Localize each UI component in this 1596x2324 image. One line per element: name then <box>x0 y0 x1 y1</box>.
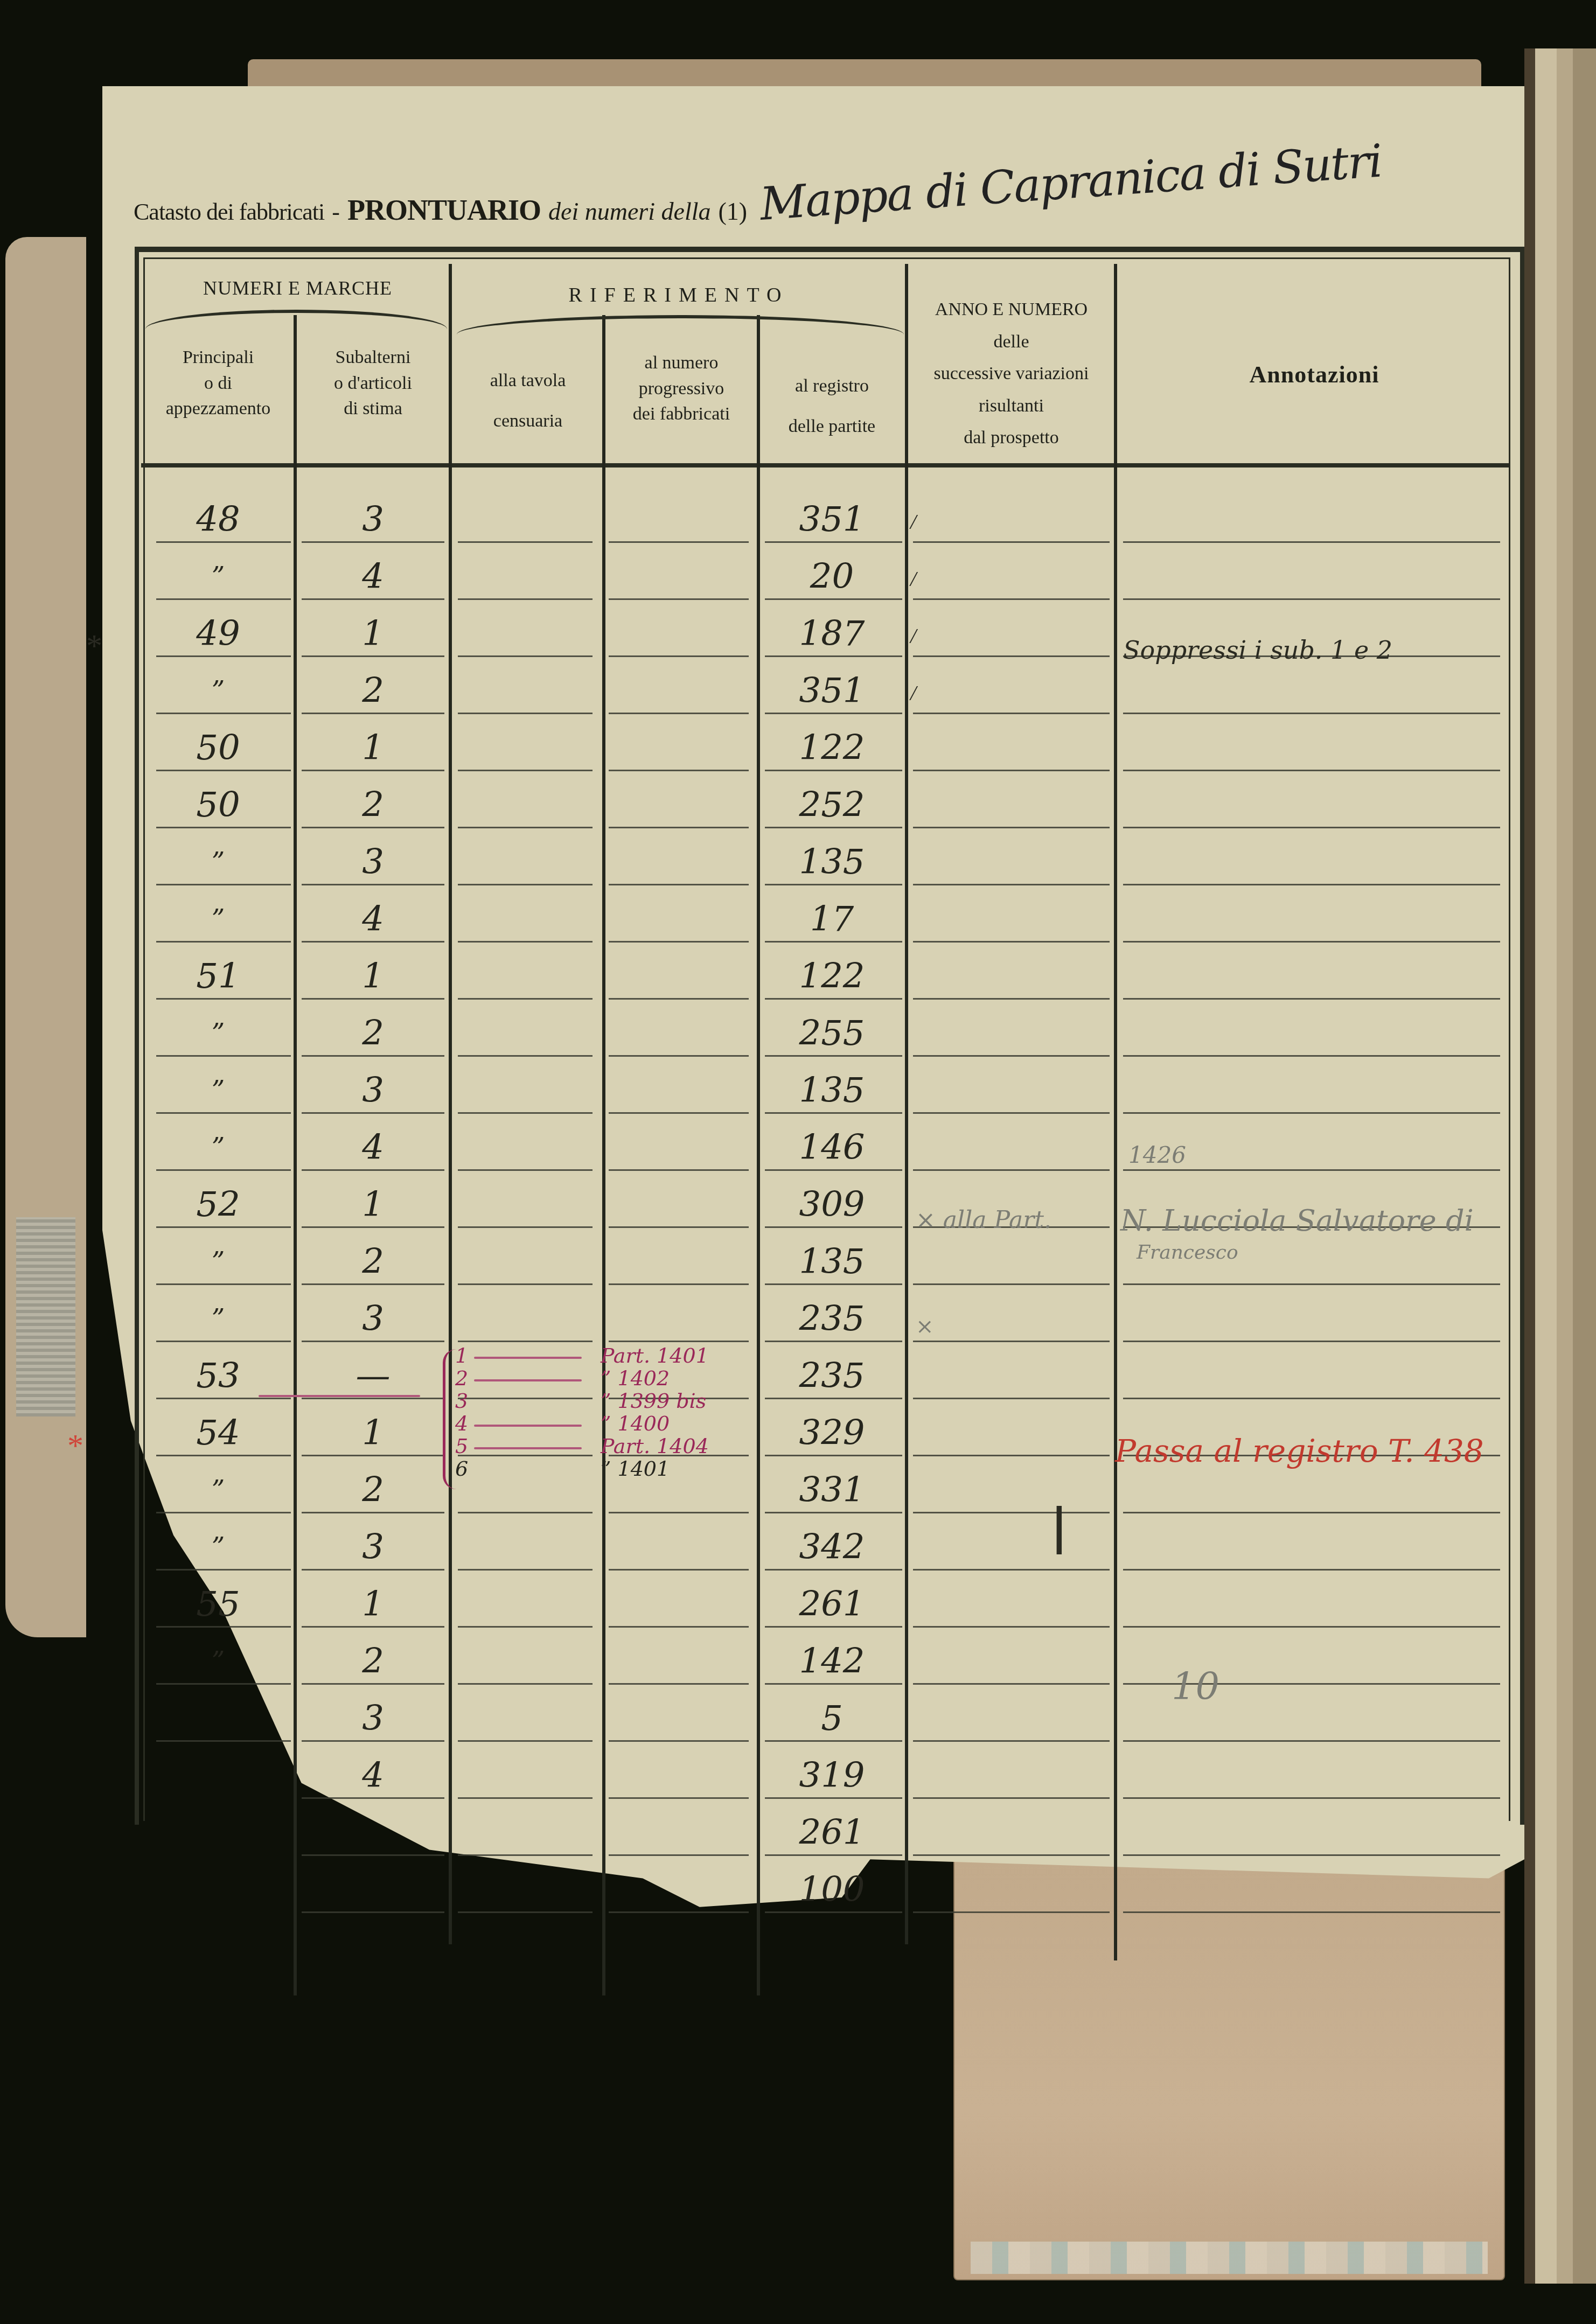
subdivision-partita-ref: ” 1401 <box>601 1457 670 1481</box>
col-divider-2 <box>449 264 452 1944</box>
row-rule <box>913 1055 1110 1057</box>
row-rule <box>609 713 749 714</box>
row-rule <box>913 655 1110 657</box>
cell-partita: 235 <box>761 1300 903 1338</box>
row-rule <box>765 1112 902 1114</box>
row-rule <box>609 770 749 771</box>
row-rule <box>458 1626 593 1628</box>
row-rule <box>765 541 902 543</box>
row-rule <box>765 713 902 714</box>
cell-principale: ” <box>145 1471 291 1509</box>
annotation-lucciola: N. Lucciola Salvatore di <box>1120 1204 1474 1238</box>
row-rule <box>765 941 902 943</box>
cell-partita: 142 <box>761 1643 903 1680</box>
row-rule <box>609 1226 749 1228</box>
row-rule <box>458 1169 593 1171</box>
row-rule <box>1123 541 1500 543</box>
cell-subalterno: 4 <box>299 558 447 596</box>
header-anno-e-numero: ANNO E NUMERO delle successive variazion… <box>910 294 1112 454</box>
cell-partita: 122 <box>761 729 903 767</box>
row-rule <box>458 1398 593 1399</box>
row-rule <box>1123 1398 1500 1399</box>
subdivision-partita-ref: ” 1400 <box>601 1412 670 1435</box>
row-rule <box>609 1911 749 1913</box>
cell-principale: 49 <box>145 615 291 653</box>
row-rule <box>913 1512 1110 1513</box>
cell-principale: 48 <box>145 501 291 539</box>
col-divider-4 <box>757 315 760 1995</box>
row-rule <box>302 1797 444 1799</box>
row-rule <box>609 1283 749 1285</box>
cell-subalterno: 4 <box>299 1129 447 1167</box>
row-rule <box>609 1341 749 1342</box>
row-rule <box>156 1512 291 1513</box>
col-divider-1 <box>294 315 297 1995</box>
row-rule <box>302 1169 444 1171</box>
row-rule <box>156 1455 291 1456</box>
row-rule <box>458 941 593 943</box>
cell-principale: 53 <box>145 1357 291 1395</box>
annotation-49: Soppressi i sub. 1 e 2 <box>1123 636 1392 665</box>
cell-principale: 55 <box>145 1586 291 1623</box>
subdivision-partita-ref: Part. 1401 <box>601 1344 709 1367</box>
cell-partita: 309 <box>761 1186 903 1224</box>
asterisk-marker-49: * <box>86 627 102 665</box>
row-rule <box>609 1512 749 1513</box>
row-rule <box>302 1740 444 1742</box>
row-rule <box>765 1398 902 1399</box>
subdivision-sub-number: 2 <box>455 1366 468 1390</box>
cell-principale: ” <box>145 1529 291 1566</box>
row-rule <box>156 827 291 828</box>
row-rule <box>765 1226 902 1228</box>
cell-principale: ” <box>145 558 291 596</box>
row-rule <box>913 1569 1110 1571</box>
cell-principale: 51 <box>145 958 291 995</box>
row-rule <box>156 1283 291 1285</box>
row-rule <box>302 884 444 885</box>
row-rule <box>458 1683 593 1685</box>
cell-partita: 331 <box>761 1471 903 1509</box>
cell-partita: 135 <box>761 1072 903 1109</box>
row-rule <box>913 541 1110 543</box>
page-title: Catasto dei fabbricati - PRONTUARIO dei … <box>134 178 1383 226</box>
row-rule <box>1123 1911 1500 1913</box>
header-riferimento: RIFERIMENTO <box>455 281 902 310</box>
row-rule <box>1123 1169 1500 1171</box>
subdivision-partita-ref: ” 1399 bis <box>601 1389 706 1413</box>
row-rule <box>458 1512 593 1513</box>
row-rule <box>302 598 444 600</box>
row-rule <box>458 1226 593 1228</box>
row-rule <box>765 1911 902 1913</box>
row-rule <box>156 1683 291 1685</box>
row-rule <box>609 655 749 657</box>
annotation-1426: 1426 <box>1128 1142 1186 1168</box>
cell-subalterno: 3 <box>299 843 447 881</box>
row-rule <box>302 1283 444 1285</box>
row-rule <box>609 598 749 600</box>
row-rule <box>156 941 291 943</box>
row-rule <box>609 827 749 828</box>
row-rule <box>765 1283 902 1285</box>
cell-principale: ” <box>145 901 291 938</box>
row-rule <box>302 1911 444 1913</box>
row-rule <box>765 1055 902 1057</box>
row-rule <box>609 1740 749 1742</box>
row-rule <box>458 598 593 600</box>
row-rule <box>458 1911 593 1913</box>
row-rule <box>913 598 1110 600</box>
col-divider-5 <box>905 264 908 1944</box>
cell-partita: 135 <box>761 1243 903 1281</box>
row-rule <box>1123 827 1500 828</box>
row-rule <box>302 1341 444 1342</box>
row-rule <box>302 713 444 714</box>
cell-subalterno: 2 <box>299 1643 447 1680</box>
row-rule <box>302 1398 444 1399</box>
row-rule <box>156 770 291 771</box>
row-rule <box>765 1626 902 1628</box>
row-rule <box>1123 598 1500 600</box>
cell-principale: ” <box>145 1072 291 1109</box>
row-rule <box>1123 884 1500 885</box>
cell-principale: ” <box>145 1243 291 1281</box>
row-rule <box>302 1226 444 1228</box>
cell-subalterno: 1 <box>299 1414 447 1452</box>
row-rule <box>609 1112 749 1114</box>
row-rule <box>1123 1797 1500 1799</box>
cardboard-cover-bottom <box>953 1858 1505 2280</box>
col-divider-3 <box>602 315 605 1995</box>
row-rule <box>913 1797 1110 1799</box>
col-divider-6 <box>1114 264 1117 1960</box>
header-annotazioni: Annotazioni <box>1120 358 1508 392</box>
row-rule <box>765 598 902 600</box>
variation-tick: / <box>910 566 916 591</box>
row-rule <box>458 1740 593 1742</box>
title-prefix: Catasto dei fabbricati <box>134 198 324 226</box>
row-rule <box>765 998 902 1000</box>
cell-subalterno: 2 <box>299 1015 447 1052</box>
stacked-pages-edge <box>1524 48 1596 2284</box>
row-rule <box>1123 713 1500 714</box>
cell-partita: 351 <box>761 672 903 710</box>
row-rule <box>458 1854 593 1856</box>
annotation-francesco: Francesco <box>1137 1241 1238 1264</box>
row-rule <box>609 1797 749 1799</box>
row-rule <box>913 770 1110 771</box>
cell-subalterno: 3 <box>299 1700 447 1737</box>
title-note-ref: (1) <box>718 197 747 226</box>
row-rule <box>156 713 291 714</box>
row-rule <box>156 1341 291 1342</box>
row-rule <box>1123 1283 1500 1285</box>
cell-partita: 20 <box>761 558 903 596</box>
row-rule <box>302 1626 444 1628</box>
row-rule <box>609 884 749 885</box>
subdivision-sub-number: 3 <box>455 1389 468 1413</box>
row-rule <box>609 1055 749 1057</box>
subdivision-sub-number: 4 <box>455 1412 468 1435</box>
row-rule <box>302 1569 444 1571</box>
cell-partita: 261 <box>761 1586 903 1623</box>
cell-subalterno: 2 <box>299 786 447 824</box>
row-rule <box>156 884 291 885</box>
subdivision-sub-number: 6 <box>455 1457 468 1481</box>
cell-subalterno: 1 <box>299 958 447 995</box>
cell-partita: 146 <box>761 1129 903 1167</box>
row-rule <box>765 1854 902 1856</box>
row-rule <box>1123 1569 1500 1571</box>
row-rule <box>302 1055 444 1057</box>
header-numeri-e-marche: NUMERI E MARCHE <box>151 275 444 302</box>
row-rule <box>765 770 902 771</box>
title-separator: - <box>332 198 340 226</box>
row-rule <box>765 1740 902 1742</box>
cell-principale: 50 <box>145 729 291 767</box>
header-rule <box>141 463 1509 467</box>
cell-partita: 187 <box>761 615 903 653</box>
variation-bar: | <box>1050 1497 1068 1554</box>
row-rule <box>913 1169 1110 1171</box>
cell-partita: 319 <box>761 1757 903 1795</box>
bracket-53 <box>443 1349 456 1489</box>
row-rule <box>458 770 593 771</box>
row-rule <box>156 598 291 600</box>
row-rule <box>302 1455 444 1456</box>
row-rule <box>913 1283 1110 1285</box>
cell-principale: ” <box>145 1300 291 1338</box>
row-rule <box>458 1455 593 1456</box>
row-rule <box>913 1455 1110 1456</box>
cell-partita: 252 <box>761 786 903 824</box>
cell-partita: 255 <box>761 1015 903 1052</box>
header-tavola-censuaria: alla tavola censuaria <box>455 361 601 442</box>
subdivision-dash <box>474 1425 582 1427</box>
row-rule <box>302 998 444 1000</box>
cell-subalterno: 3 <box>299 1072 447 1109</box>
row-rule <box>765 1797 902 1799</box>
subdivision-sub-number: 1 <box>455 1344 468 1367</box>
cell-principale: ” <box>145 672 291 710</box>
row-rule <box>156 1626 291 1628</box>
title-italic: dei numeri della <box>548 197 711 226</box>
cell-partita: 261 <box>761 1814 903 1852</box>
row-rule <box>1123 1740 1500 1742</box>
row-rule <box>913 827 1110 828</box>
row-rule <box>156 1112 291 1114</box>
row-rule <box>765 1569 902 1571</box>
row-rule <box>458 1283 593 1285</box>
header-registro-partite: al registro delle partite <box>761 366 903 447</box>
row-rule <box>156 1740 291 1742</box>
row-rule <box>156 1055 291 1057</box>
cell-principale: 54 <box>145 1414 291 1452</box>
row-rule <box>913 1683 1110 1685</box>
row-rule <box>765 655 902 657</box>
row-rule <box>609 998 749 1000</box>
cell-subalterno: 1 <box>299 1586 447 1623</box>
row-rule <box>913 1626 1110 1628</box>
row-rule <box>1123 770 1500 771</box>
row-rule <box>913 1341 1110 1342</box>
row-rule <box>156 1226 291 1228</box>
row-rule <box>302 1512 444 1513</box>
row-rule <box>1123 1055 1500 1057</box>
row-rule <box>156 655 291 657</box>
row-rule <box>765 884 902 885</box>
row-rule <box>458 713 593 714</box>
cell-subalterno: 1 <box>299 1186 447 1224</box>
cell-subalterno: 2 <box>299 1471 447 1509</box>
row-rule <box>609 1169 749 1171</box>
subdivision-partita-ref: Part. 1404 <box>601 1434 709 1458</box>
row-rule <box>913 998 1110 1000</box>
cell-subalterno: 1 <box>299 729 447 767</box>
row-rule <box>765 1512 902 1513</box>
subdivision-dash <box>474 1357 582 1359</box>
row-rule <box>765 1341 902 1342</box>
row-rule <box>913 1740 1110 1742</box>
row-rule <box>1123 1854 1500 1856</box>
variation-x: × <box>916 1314 934 1339</box>
cell-partita: 235 <box>761 1357 903 1395</box>
row-rule <box>1123 1341 1500 1342</box>
header-subalterni: Subalterni o d'articoli di stima <box>299 345 447 422</box>
row-rule <box>765 1455 902 1456</box>
row-rule <box>913 713 1110 714</box>
cell-partita: 329 <box>761 1414 903 1452</box>
row-rule <box>1123 941 1500 943</box>
row-rule <box>1123 1626 1500 1628</box>
cell-subalterno: 3 <box>299 501 447 539</box>
row-rule <box>1123 998 1500 1000</box>
row-rule <box>302 655 444 657</box>
cell-subalterno: 2 <box>299 672 447 710</box>
row-rule <box>156 541 291 543</box>
row-rule <box>913 1112 1110 1114</box>
row-rule <box>765 1683 902 1685</box>
row-rule <box>765 827 902 828</box>
cell-subalterno: 1 <box>299 615 447 653</box>
cell-subalterno: 3 <box>299 1529 447 1566</box>
cell-principale: ” <box>145 1015 291 1052</box>
cell-principale: ” <box>145 1129 291 1167</box>
row-rule <box>609 1569 749 1571</box>
cell-principale: 50 <box>145 786 291 824</box>
row-rule <box>302 1683 444 1685</box>
row-rule <box>156 1569 291 1571</box>
row-rule <box>458 1797 593 1799</box>
row-rule <box>458 1341 593 1342</box>
row-rule <box>609 1683 749 1685</box>
title-bold: PRONTUARIO <box>347 193 541 227</box>
row-rule <box>913 941 1110 943</box>
row-rule <box>913 1911 1110 1913</box>
row-rule <box>156 998 291 1000</box>
row-rule <box>765 1169 902 1171</box>
cell-partita: 135 <box>761 843 903 881</box>
row-rule <box>609 1626 749 1628</box>
subdivision-partita-ref: ” 1402 <box>601 1366 670 1390</box>
variation-tick: / <box>910 680 916 706</box>
row-rule <box>302 941 444 943</box>
cell-partita: 100 <box>761 1871 903 1909</box>
cell-subalterno: — <box>299 1357 447 1395</box>
row-rule <box>609 1854 749 1856</box>
row-rule <box>913 1398 1110 1399</box>
row-rule <box>913 884 1110 885</box>
row-rule <box>302 827 444 828</box>
cell-partita: 342 <box>761 1529 903 1566</box>
subdivision-dash <box>474 1447 582 1449</box>
row-rule <box>609 941 749 943</box>
row-rule <box>1123 1112 1500 1114</box>
cell-principale: ” <box>145 1643 291 1680</box>
row-rule <box>302 1112 444 1114</box>
row-rule <box>913 1854 1110 1856</box>
header-numero-progressivo: al numero progressivo dei fabbricati <box>606 350 757 427</box>
row-rule <box>156 1169 291 1171</box>
row-rule <box>458 884 593 885</box>
header-principali: Principali o di appezzamento <box>145 345 291 422</box>
row-rule <box>458 541 593 543</box>
cell-principale: ” <box>145 843 291 881</box>
row-rule <box>458 1112 593 1114</box>
cell-subalterno: 2 <box>299 1243 447 1281</box>
cell-subalterno: 4 <box>299 1757 447 1795</box>
row-rule <box>458 998 593 1000</box>
asterisk-marker-54: * <box>67 1427 83 1464</box>
subdivision-dash <box>474 1379 582 1381</box>
cell-subalterno: 3 <box>299 1300 447 1338</box>
row-rule <box>458 827 593 828</box>
strike-53 <box>259 1395 420 1397</box>
row-rule <box>1123 1512 1500 1513</box>
row-rule <box>156 1398 291 1399</box>
row-rule <box>458 1055 593 1057</box>
cell-partita: 122 <box>761 958 903 995</box>
variation-tick: / <box>910 509 916 534</box>
variation-alla-part: × alla Part. <box>916 1206 1051 1234</box>
row-rule <box>458 655 593 657</box>
cell-principale: 52 <box>145 1186 291 1224</box>
cell-partita: 5 <box>761 1700 903 1737</box>
cell-partita: 351 <box>761 501 903 539</box>
cell-subalterno: 4 <box>299 901 447 938</box>
cell-partita: 17 <box>761 901 903 938</box>
annotation-passa-registro: Passa al registro T. 438 <box>1115 1433 1484 1469</box>
row-rule <box>609 541 749 543</box>
row-rule <box>302 541 444 543</box>
annotation-10: 10 <box>1172 1664 1219 1708</box>
subdivision-sub-number: 5 <box>455 1434 468 1458</box>
row-rule <box>302 770 444 771</box>
variation-tick: / <box>910 623 916 648</box>
row-rule <box>302 1854 444 1856</box>
row-rule <box>458 1569 593 1571</box>
